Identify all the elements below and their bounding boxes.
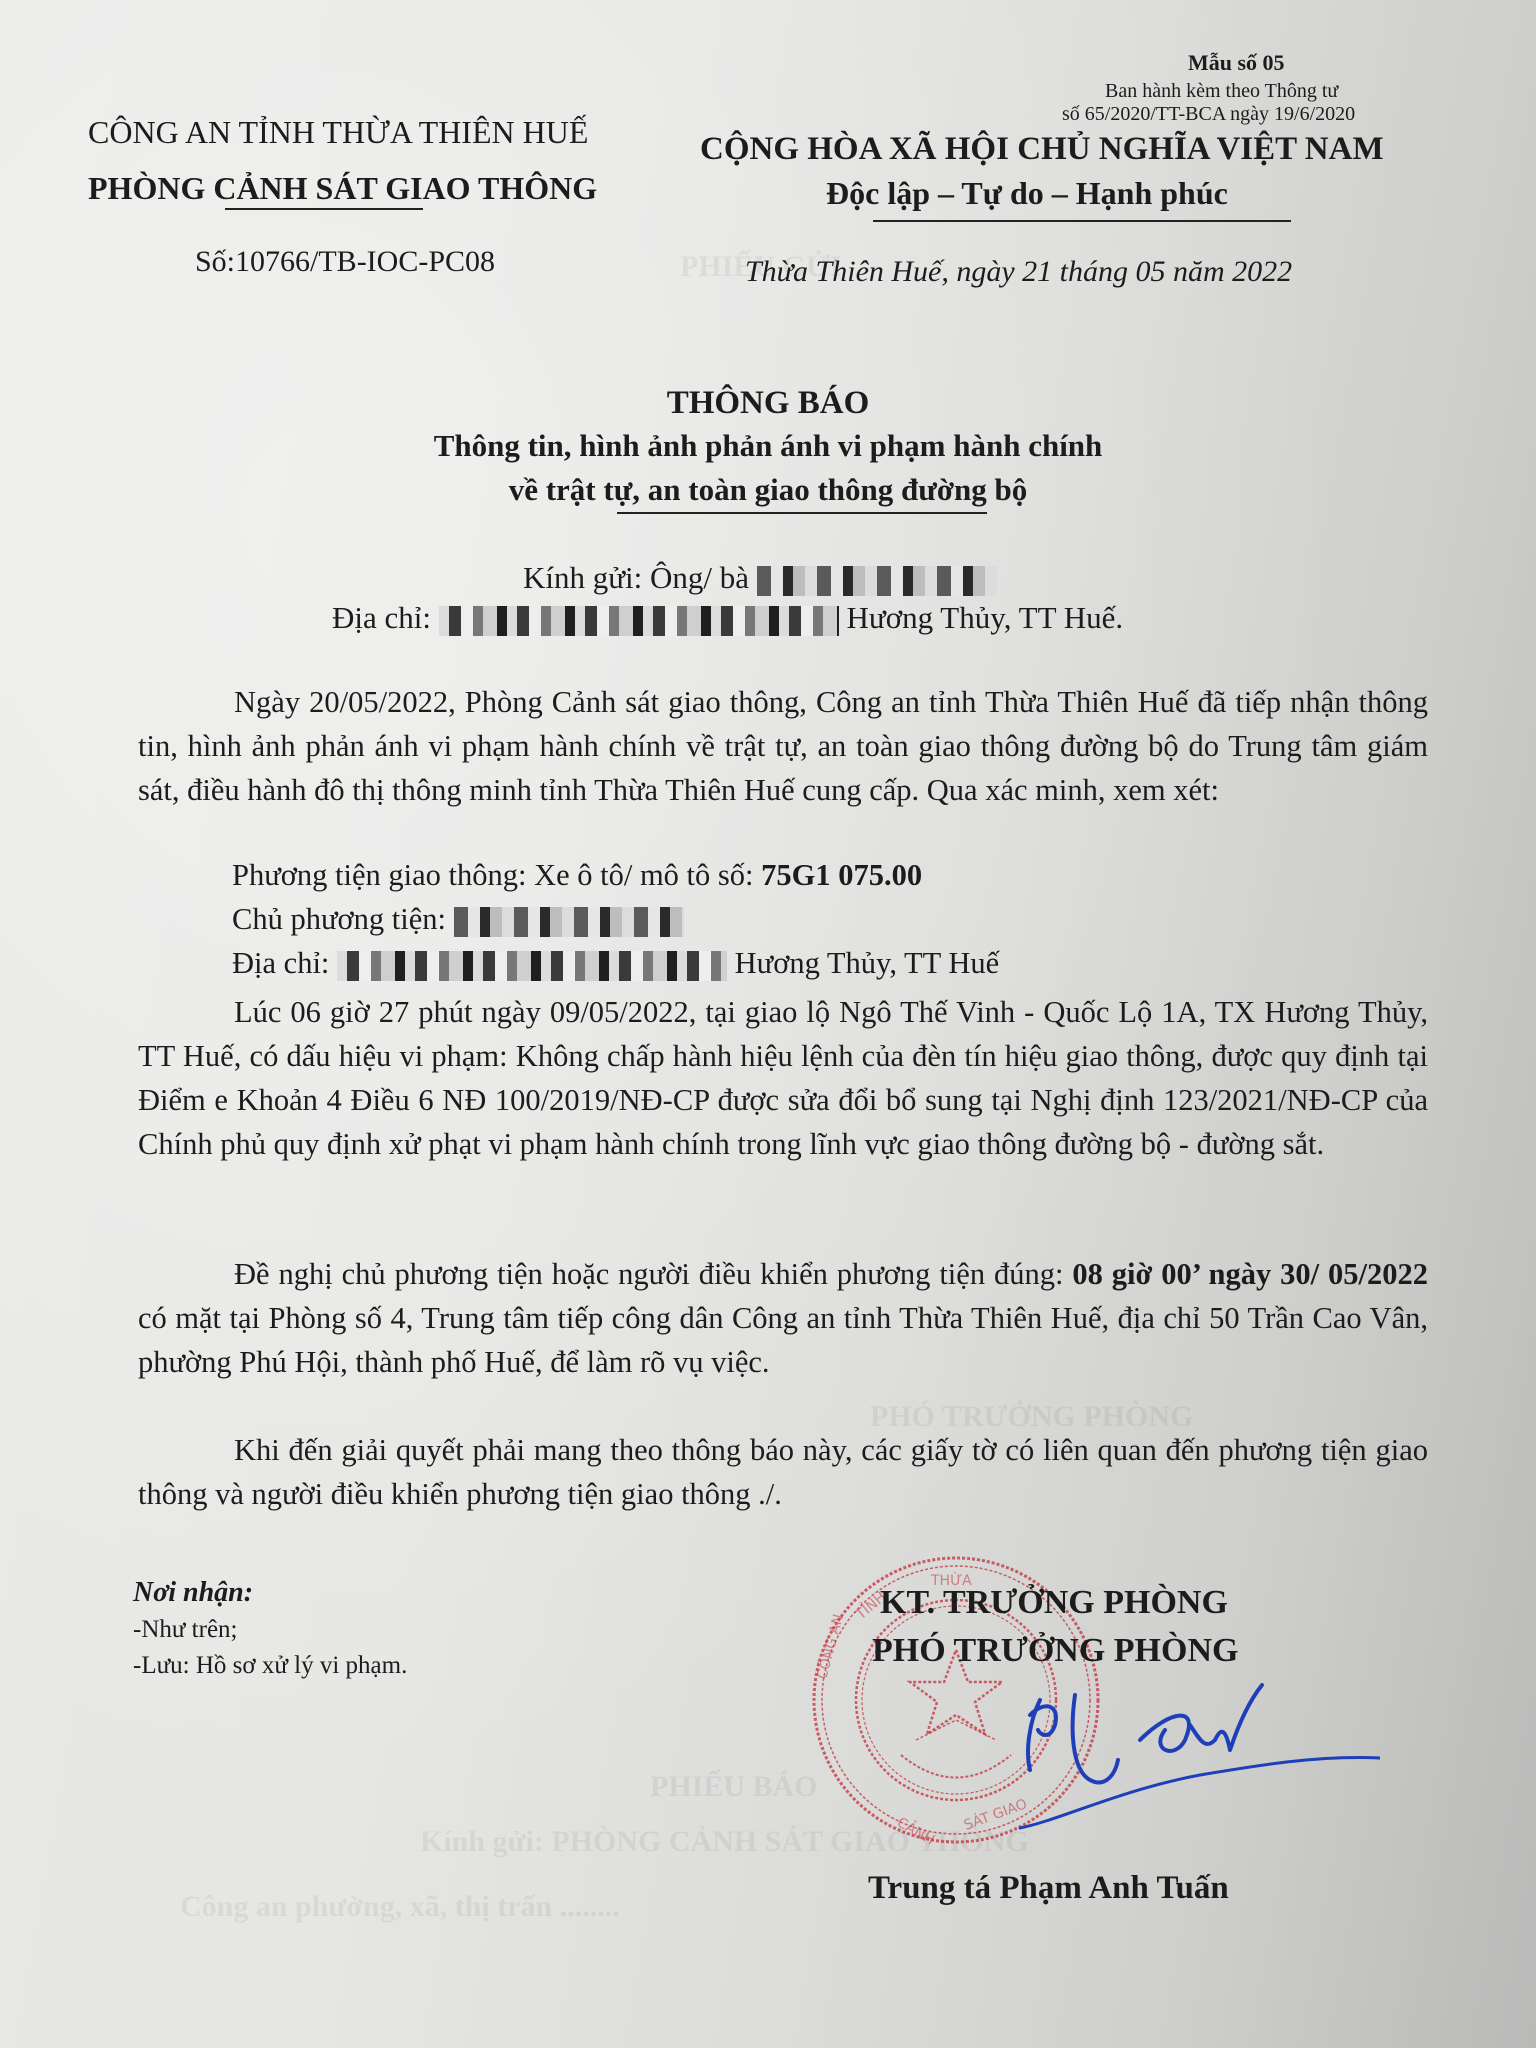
circular-ref: số 65/2020/TT-BCA ngày 19/6/2020: [1062, 103, 1355, 126]
owner-address-line: Địa chỉ: Hương Thủy, TT Huế: [232, 946, 999, 981]
place-date: Thừa Thiên Huế, ngày 21 tháng 05 năm 202…: [745, 255, 1292, 289]
vehicle-label: Phương tiện giao thông: Xe ô tô/ mô tô s…: [232, 858, 761, 892]
nation-motto: Độc lập – Tự do – Hạnh phúc: [826, 175, 1228, 212]
recipient-item: -Lưu: Hồ sơ xử lý vi phạm.: [133, 1652, 407, 1680]
agency-department: PHÒNG CẢNH SÁT GIAO THÔNG: [88, 170, 597, 207]
bleed-through-text: PHIẾU BÁO: [650, 1770, 818, 1804]
redacted-address: [439, 606, 839, 636]
paragraph-violation: Lúc 06 giờ 27 phút ngày 09/05/2022, tại …: [138, 990, 1428, 1166]
recipient-item: -Như trên;: [133, 1616, 238, 1644]
owner-label: Chủ phương tiện:: [232, 902, 446, 936]
title-underline: [617, 512, 987, 514]
agency-parent: CÔNG AN TỈNH THỪA THIÊN HUẾ: [88, 114, 588, 151]
owner-address-suffix: Hương Thủy, TT Huế: [735, 946, 1000, 980]
vehicle-line: Phương tiện giao thông: Xe ô tô/ mô tô s…: [232, 858, 922, 893]
address-label: Địa chỉ:: [332, 600, 431, 635]
document-subtitle-line2: về trật tự, an toàn giao thông đường bộ: [0, 472, 1536, 508]
summons-text: Đề nghị chủ phương tiện hoặc người điều …: [234, 1257, 1072, 1291]
redacted-name: [757, 566, 997, 596]
signer-name: Trung tá Phạm Anh Tuấn: [868, 1870, 1229, 1907]
summons-time: 08 giờ 00’ ngày 30/ 05/2022: [1072, 1257, 1428, 1291]
nation-name: CỘNG HÒA XÃ HỘI CHỦ NGHĨA VIỆT NAM: [700, 131, 1384, 168]
summons-location: có mặt tại Phòng số 4, Trung tâm tiếp cô…: [138, 1301, 1428, 1379]
vehicle-plate: 75G1 075.00: [761, 858, 922, 892]
greeting-label: Kính gửi: Ông/ bà: [523, 560, 749, 595]
recipient-address: Địa chỉ: Hương Thủy, TT Huế.: [332, 600, 1123, 636]
bleed-through-text: Công an phường, xã, thị trấn ........: [180, 1890, 620, 1924]
recipients-title: Nơi nhận:: [133, 1577, 253, 1609]
document-subtitle-line1: Thông tin, hình ảnh phản ánh vi phạm hàn…: [0, 428, 1536, 464]
address-suffix: Hương Thủy, TT Huế.: [847, 600, 1124, 635]
svg-text:CÔNG AN: CÔNG AN: [812, 1612, 847, 1681]
paragraph-requirements: Khi đến giải quyết phải mang theo thông …: [138, 1428, 1428, 1516]
document-title: THÔNG BÁO: [0, 385, 1536, 422]
signature-title-1: KT. TRƯỞNG PHÒNG: [880, 1584, 1228, 1622]
motto-underline: [873, 220, 1291, 222]
agency-underline: [225, 208, 423, 210]
handwritten-signature-icon: [1000, 1680, 1380, 1830]
form-number: Mẫu số 05: [1188, 50, 1285, 76]
redacted-owner: [454, 907, 684, 937]
paragraph-intro: Ngày 20/05/2022, Phòng Cảnh sát giao thô…: [138, 680, 1428, 812]
recipient-greeting: Kính gửi: Ông/ bà: [523, 560, 997, 596]
issued-with: Ban hành kèm theo Thông tư: [1105, 80, 1338, 103]
owner-address-label: Địa chỉ:: [232, 946, 329, 980]
document-number: Số:10766/TB-IOC-PC08: [195, 245, 495, 279]
signature-title-2: PHÓ TRƯỞNG PHÒNG: [872, 1632, 1238, 1670]
svg-text:CẢNH: CẢNH: [894, 1813, 938, 1849]
paragraph-summons: Đề nghị chủ phương tiện hoặc người điều …: [138, 1252, 1428, 1384]
owner-line: Chủ phương tiện:: [232, 902, 684, 937]
redacted-owner-address: [337, 951, 727, 981]
